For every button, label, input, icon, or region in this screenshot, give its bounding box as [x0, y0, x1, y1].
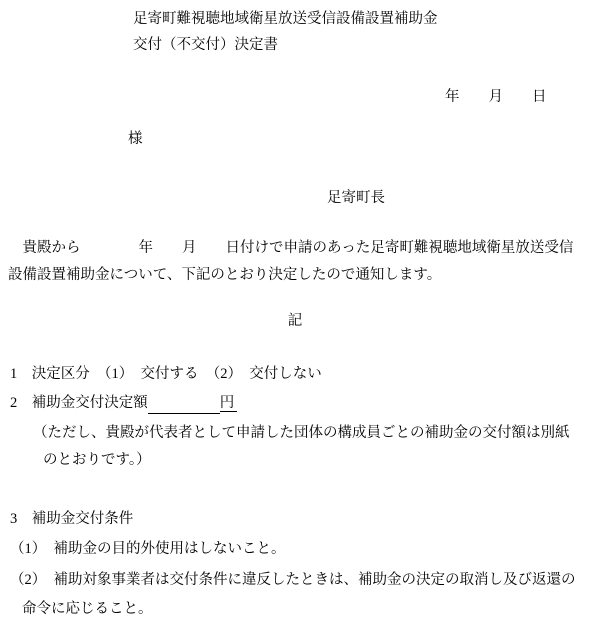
item2-amount-label: 2 補助金交付決定額 [10, 395, 148, 411]
sender-title: 足寄町長 [327, 189, 385, 208]
record-heading: 記 [0, 312, 590, 331]
item3-condition1: （1） 補助金の目的外使用はしないこと。 [10, 540, 286, 559]
addressee-honorific: 様 [128, 130, 143, 149]
document-title-line2: 交付（不交付）決定書 [133, 36, 278, 55]
item2-amount-unit: 円 [220, 395, 238, 412]
item2-note-line2: のとおりです。） [43, 451, 151, 470]
item3-condition2-line1: （2） 補助対象事業者は交付条件に違反したときは、補助金の決定の取消し及び返還の [10, 571, 576, 590]
item2-amount-blank-field [148, 398, 220, 414]
body-paragraph-line2: 設備設置補助金について、下記のとおり決定したので通知します。 [8, 266, 441, 285]
body-paragraph-line1: 貴殿から 年 月 日付けで申請のあった足寄町難視聴地域衛星放送受信 [8, 239, 573, 258]
decision-notice-document: 足寄町難視聴地域衛星放送受信設備設置補助金 交付（不交付）決定書 年 月 日 様… [0, 0, 590, 624]
item2-note-line1: （ただし、貴殿が代表者として申請した団体の構成員ごとの補助金の交付額は別紙 [33, 424, 570, 443]
issue-date-blank-line: 年 月 日 [445, 88, 547, 107]
item1-decision-category: 1 決定区分 （1） 交付する （2） 交付しない [10, 365, 322, 384]
item3-condition2-line2: 命令に応じること。 [22, 600, 153, 619]
item3-conditions-heading: 3 補助金交付条件 [10, 510, 133, 529]
document-title-line1: 足寄町難視聴地域衛星放送受信設備設置補助金 [133, 10, 438, 29]
item2-amount-row: 2 補助金交付決定額円 [10, 394, 237, 414]
